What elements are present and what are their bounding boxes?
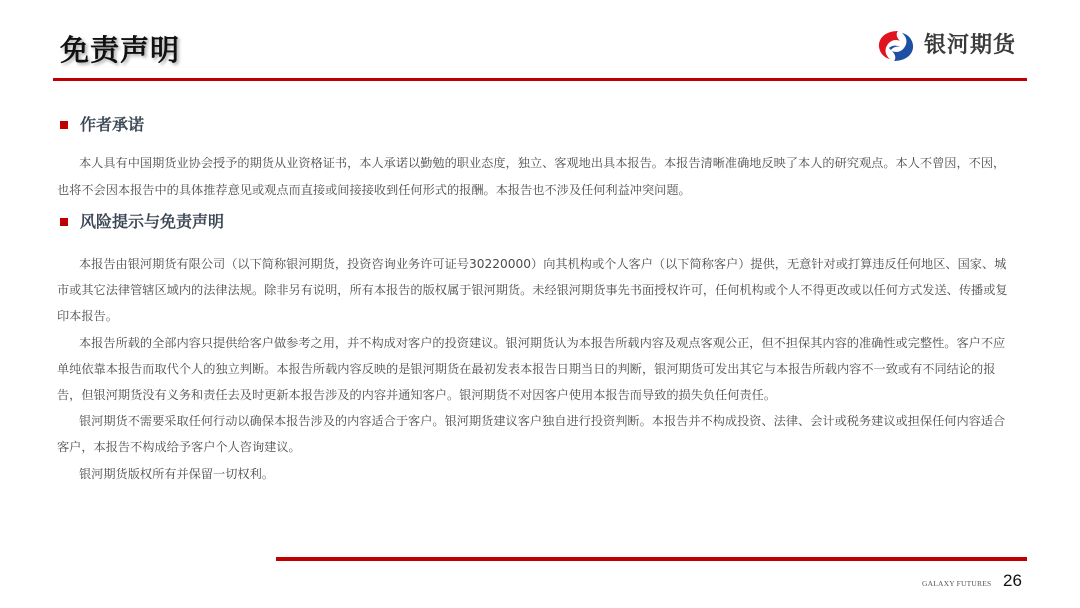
logo-text: 银河期货 bbox=[924, 28, 1016, 64]
section-heading-text: 风险提示与免责声明 bbox=[80, 210, 224, 234]
square-bullet-icon bbox=[60, 218, 68, 226]
page-title: 免责声明 bbox=[60, 28, 180, 72]
footer-divider bbox=[276, 557, 1027, 561]
section-heading-risk-disclaimer: 风险提示与免责声明 bbox=[60, 210, 224, 234]
square-bullet-icon bbox=[60, 121, 68, 129]
disclaimer-paragraph-2: 本报告所载的全部内容只提供给客户做参考之用，并不构成对客户的投资建议。银河期货认… bbox=[57, 330, 1017, 408]
disclaimer-paragraph-3: 银河期货不需要采取任何行动以确保本报告涉及的内容适合于客户。银河期货建议客户独自… bbox=[57, 408, 1017, 460]
company-logo: 银河期货 bbox=[876, 28, 1016, 64]
disclaimer-paragraph-1: 本报告由银河期货有限公司（以下简称银河期货，投资咨询业务许可证号30220000… bbox=[57, 251, 1017, 329]
disclaimer-paragraph-4: 银河期货版权所有并保留一切权利。 bbox=[57, 461, 1017, 487]
header-divider bbox=[53, 78, 1027, 81]
galaxy-futures-logo-icon bbox=[876, 28, 916, 64]
section-heading-author-commitment: 作者承诺 bbox=[60, 113, 144, 137]
page-number: 26 bbox=[1003, 571, 1022, 591]
section-heading-text: 作者承诺 bbox=[80, 113, 144, 137]
footer-brand: GALAXY FUTURES bbox=[922, 579, 991, 589]
author-commitment-paragraph: 本人具有中国期货业协会授予的期货从业资格证书，本人承诺以勤勉的职业态度，独立、客… bbox=[57, 150, 1017, 204]
